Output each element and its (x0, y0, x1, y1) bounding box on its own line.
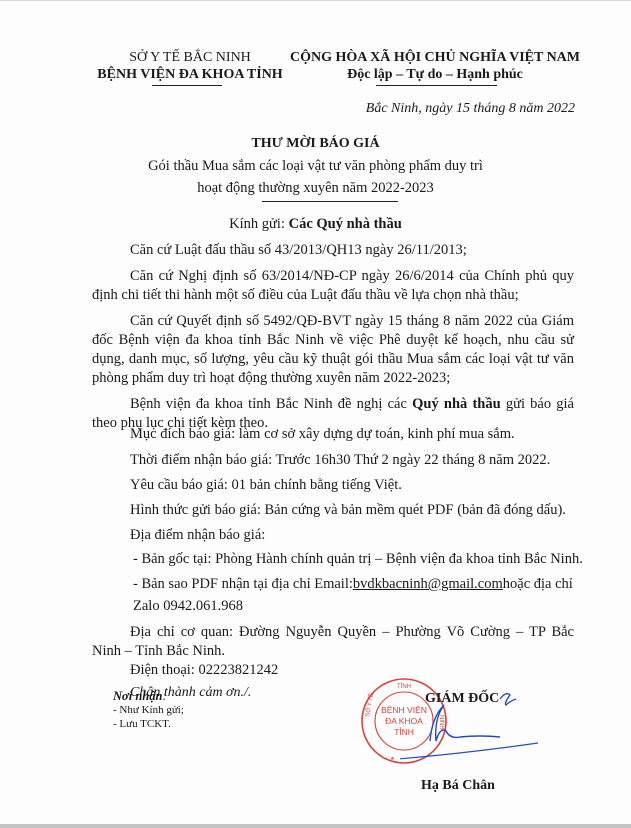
document-subtitle-line1: Gói thầu Mua sắm các loại vật tư văn phò… (0, 158, 631, 175)
greeting: Kính gửi: Các Quý nhà thầu (0, 216, 631, 233)
signer-name: Hạ Bá Chân (421, 778, 495, 794)
place-date: Bắc Ninh, ngày 15 tháng 8 năm 2022 (0, 101, 575, 117)
requirement: Yêu cầu báo giá: 01 bản chính bằng tiếng… (130, 477, 402, 494)
document-page: SỞ Y TẾ BẮC NINH BỆNH VIỆN ĐA KHOA TỈNH … (0, 0, 631, 828)
document-title: THƯ MỜI BÁO GIÁ (0, 136, 631, 152)
svg-text:★: ★ (390, 756, 395, 762)
recipients-block: Nơi nhận: - Như Kính gửi; - Lưu TCKT. (113, 689, 184, 731)
location-original: - Bản gốc tại: Phòng Hành chính quản trị… (133, 551, 583, 568)
basis-2: Căn cứ Nghị định số 63/2014/NĐ-CP ngày 2… (92, 267, 574, 305)
signature-icon (400, 681, 560, 771)
address: Địa chỉ cơ quan: Đường Nguyễn Quyền – Ph… (92, 623, 574, 661)
title-underline (262, 201, 398, 202)
request-prefix: Bệnh viện đa khoa tỉnh Bắc Ninh đề nghị … (130, 396, 412, 412)
location-copy: - Bản sao PDF nhận tại địa chỉ Email: bv… (133, 576, 571, 593)
header-right: CỘNG HÒA XÃ HỘI CHỦ NGHĨA VIỆT NAM Độc l… (280, 49, 590, 83)
recipient-item: - Như Kính gửi; (113, 703, 184, 717)
department-name: SỞ Y TẾ BẮC NINH (80, 49, 300, 66)
body-paragraphs: Căn cứ Luật đấu thầu số 43/2013/QH13 ngà… (92, 241, 574, 433)
greeting-recipient: Các Quý nhà thầu (289, 216, 402, 232)
document-subtitle-line2: hoạt động thường xuyên năm 2022-2023 (0, 180, 631, 197)
address-block: Địa chỉ cơ quan: Đường Nguyễn Quyền – Ph… (92, 623, 574, 661)
nation-title: CỘNG HÒA XÃ HỘI CHỦ NGHĨA VIỆT NAM (280, 49, 590, 66)
request-bold: Quý nhà thầu (412, 396, 501, 412)
header-left: SỞ Y TẾ BẮC NINH BỆNH VIỆN ĐA KHOA TỈNH (80, 49, 300, 83)
basis-3: Căn cứ Quyết định số 5492/QĐ-BVT ngày 15… (92, 312, 574, 388)
nation-motto: Độc lập – Tự do – Hạnh phúc (280, 66, 590, 83)
header-left-underline (152, 85, 222, 86)
phone: Điện thoại: 02223821242 (130, 662, 278, 679)
purpose: Mục đích báo giá: làm cơ sở xây dựng dự … (130, 426, 515, 443)
zalo-contact: Zalo 0942.061.968 (133, 598, 243, 615)
basis-1: Căn cứ Luật đấu thầu số 43/2013/QH13 ngà… (92, 241, 574, 260)
location-label: Địa điểm nhận báo giá: (130, 527, 265, 544)
organization-name: BỆNH VIỆN ĐA KHOA TỈNH (80, 66, 300, 83)
greeting-prefix: Kính gửi: (229, 216, 288, 232)
recipients-heading: Nơi nhận: (113, 689, 184, 703)
deadline: Thời điểm nhận báo giá: Trước 16h30 Thứ … (130, 452, 550, 469)
location-copy-prefix: - Bản sao PDF nhận tại địa chỉ Email: (133, 576, 353, 593)
email-link[interactable]: bvdkbacninh@gmail.com (353, 576, 503, 593)
recipient-item: - Lưu TCKT. (113, 717, 184, 731)
location-copy-suffix: hoặc địa chỉ (503, 576, 573, 593)
submission-form: Hình thức gửi báo giá: Bản cứng và bản m… (130, 502, 566, 519)
header-right-underline (376, 85, 497, 86)
scan-edge (0, 824, 631, 828)
